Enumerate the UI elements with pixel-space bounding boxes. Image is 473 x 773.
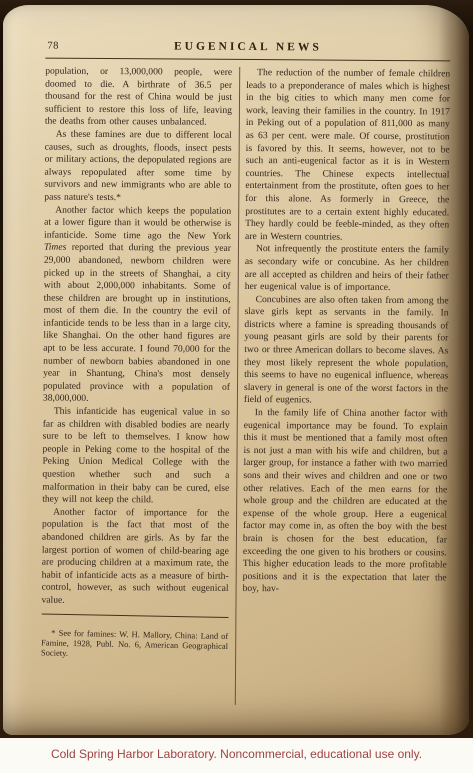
left-column: population, or 13,000,000 people, were d… xyxy=(41,66,233,727)
paragraph: Not infrequently the prostitute enters t… xyxy=(245,243,449,295)
paragraph: Concubines are also often taken from amo… xyxy=(244,294,449,409)
paragraph: Another factor of importance for the pop… xyxy=(41,506,229,608)
left-column-paragraphs: population, or 13,000,000 people, were d… xyxy=(41,66,232,609)
column-divider-rule xyxy=(235,67,240,705)
attribution-caption: Cold Spring Harbor Laboratory. Noncommer… xyxy=(0,738,473,761)
two-column-text: population, or 13,000,000 people, were d… xyxy=(41,66,451,729)
attribution-strip: Cold Spring Harbor Laboratory. Noncommer… xyxy=(0,738,473,773)
paragraph: In the family life of China another fact… xyxy=(243,407,448,597)
paragraph: Another factor which keeps the populatio… xyxy=(43,204,231,407)
paragraph: As these famines are due to different lo… xyxy=(44,129,232,206)
footnote: * See for famines: W. H. Mallory, China:… xyxy=(41,626,229,660)
scanned-page-image: 78 EUGENICAL NEWS population, or 13,000,… xyxy=(0,0,473,773)
book-page-paper: 78 EUGENICAL NEWS population, or 13,000,… xyxy=(3,5,469,735)
paragraph: The reduction of the number of female ch… xyxy=(245,67,450,245)
paragraph: population, or 13,000,000 people, were d… xyxy=(45,66,232,130)
header-rule xyxy=(45,58,450,62)
right-column-paragraphs: The reduction of the number of female ch… xyxy=(243,67,451,597)
page-header: 78 EUGENICAL NEWS xyxy=(45,40,450,59)
page-content: 78 EUGENICAL NEWS population, or 13,000,… xyxy=(41,40,451,735)
paragraph: This infanticide has eugenical value in … xyxy=(42,406,230,508)
page-number: 78 xyxy=(47,41,59,52)
footnote-block: * See for famines: W. H. Mallory, China:… xyxy=(41,613,229,661)
right-column: The reduction of the number of female ch… xyxy=(242,67,451,728)
journal-title: EUGENICAL NEWS xyxy=(45,40,450,55)
